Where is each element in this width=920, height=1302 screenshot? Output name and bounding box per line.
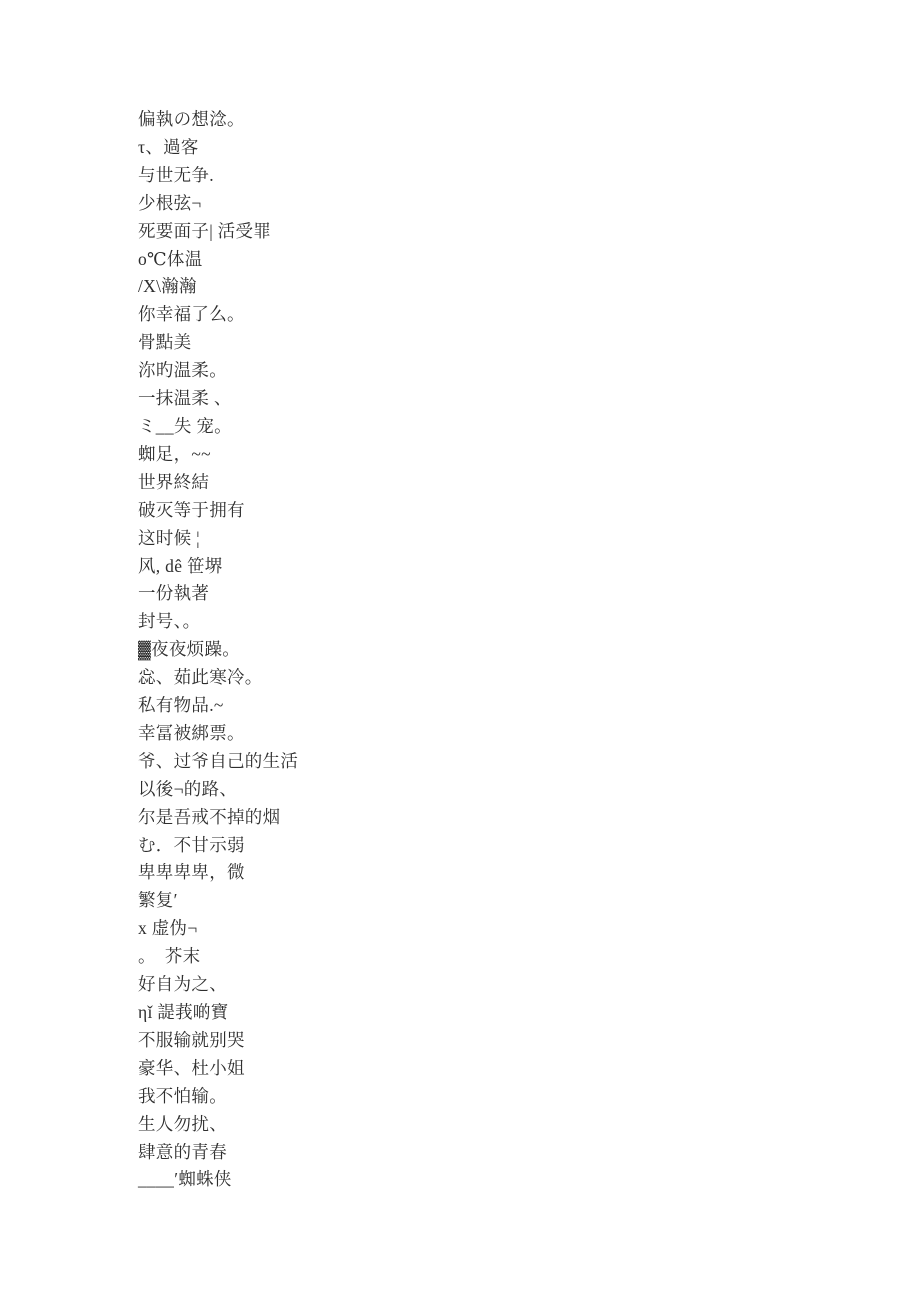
text-line: 尔是吾戒不掉的烟 (138, 804, 858, 832)
text-line: 我不怕输。 (138, 1083, 858, 1111)
text-line: 这时候 ¦ (138, 525, 858, 553)
text-line: 世界終結 (138, 469, 858, 497)
text-line: 蜘足，~~ (138, 441, 858, 469)
text-line: 幸冨被綁票。 (138, 720, 858, 748)
text-content: 偏執の想淰。 τ、過客 与世无争. 少根弦¬ 死要面子| 活受罪 o℃体温 /X… (138, 106, 858, 1194)
text-line: ____′蜘蛛侠 (138, 1166, 858, 1194)
text-line: 繁复′ (138, 887, 858, 915)
text-line: 惢、茹此寒冷。 (138, 664, 858, 692)
text-line: o℃体温 (138, 246, 858, 274)
text-line: 豪华、杜小姐 (138, 1055, 858, 1083)
text-line: 卑卑卑卑，微 (138, 859, 858, 887)
text-line: ミ__失 宠。 (138, 413, 858, 441)
text-line: 骨點美 (138, 329, 858, 357)
text-line: 好自为之、 (138, 971, 858, 999)
text-line: /X\瀚瀚 (138, 273, 858, 301)
text-line: 风, dê 笹堺 (138, 553, 858, 581)
text-line: 死要面子| 活受罪 (138, 218, 858, 246)
text-line: 沵旳温柔。 (138, 357, 858, 385)
text-line: 私有物品.~ (138, 692, 858, 720)
text-line: 。 芥末 (138, 943, 858, 971)
text-line: 以後¬的路、 (138, 776, 858, 804)
document-page: 偏執の想淰。 τ、過客 与世无争. 少根弦¬ 死要面子| 活受罪 o℃体温 /X… (0, 0, 920, 1302)
text-line: 一抹温柔 、 (138, 385, 858, 413)
text-line: 不服输就别哭 (138, 1027, 858, 1055)
text-line: 少根弦¬ (138, 190, 858, 218)
text-line: ▓夜夜烦躁。 (138, 636, 858, 664)
text-line: x 虚伪¬ (138, 915, 858, 943)
text-line: 肆意的青春 (138, 1139, 858, 1167)
text-line: 封号、。 (138, 608, 858, 636)
text-line: 偏執の想淰。 (138, 106, 858, 134)
text-line: む．不甘示弱 (138, 832, 858, 860)
text-line: τ、過客 (138, 134, 858, 162)
text-line: 生人勿扰、 (138, 1111, 858, 1139)
text-line: 破灭等于拥有 (138, 497, 858, 525)
text-line: 与世无争. (138, 162, 858, 190)
text-line: 爷、过爷自己的生活 (138, 748, 858, 776)
text-line: 你幸福了么。 (138, 301, 858, 329)
text-line: 一份執著 (138, 580, 858, 608)
text-line: ηǐ 諟莪啲寶 (138, 999, 858, 1027)
